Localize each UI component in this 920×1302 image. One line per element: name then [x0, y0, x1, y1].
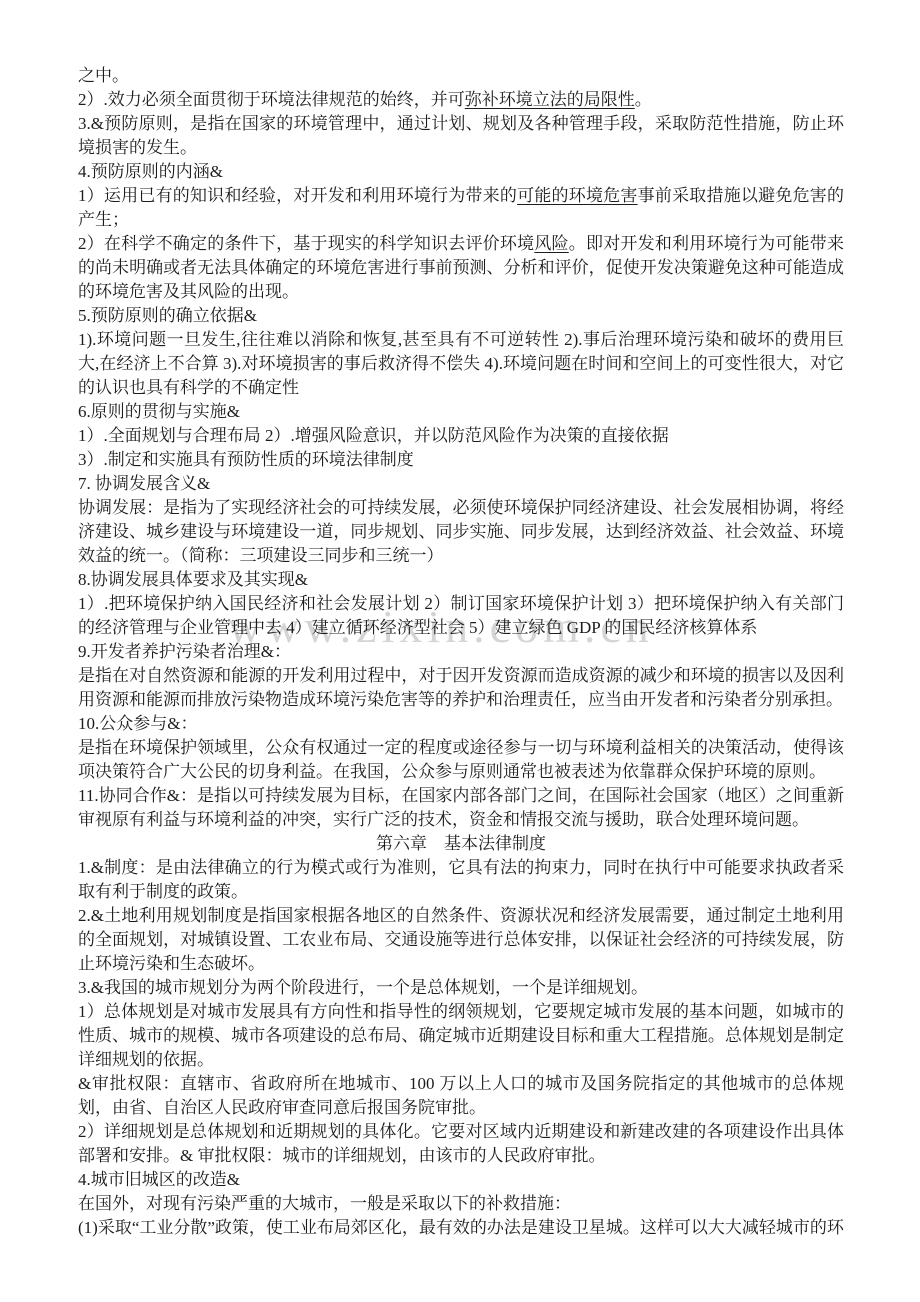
paragraph: 1）总体规划是对城市发展具有方向性和指导性的纲领规划，它要规定城市发展的基本问题…	[78, 1000, 844, 1072]
paragraph: 5.预防原则的确立依据&	[78, 304, 844, 328]
text-run: 3.&我国的城市规划分为两个阶段进行，一个是总体规划，一个是详细规划。	[78, 978, 648, 997]
underlined-text: 可能的环境危害	[517, 186, 638, 205]
text-run: 1）运用已有的知识和经验，对开发和利用环境行为带来的	[78, 186, 517, 205]
text-run: 1.&制度：是由法律确立的行为模式或行为准则，它具有法的拘束力，同时在执行中可能…	[78, 858, 844, 901]
paragraph: 11.协同合作&：是指以可持续发展为目标，在国家内部各部门之间，在国际社会国家（…	[78, 784, 844, 832]
paragraph: 4.城市旧城区的改造&	[78, 1168, 844, 1192]
text-run: 2.&土地利用规划制度是指国家根据各地区的自然条件、资源状况和经济发展需要，通过…	[78, 906, 844, 973]
paragraph: 3.&预防原则，是指在国家的环境管理中，通过计划、规划及各种管理手段，采取防范性…	[78, 112, 844, 160]
text-run: 11.协同合作&：是指以可持续发展为目标，在国家内部各部门之间，在国际社会国家（…	[78, 786, 844, 829]
text-run: 2）在科学不确定的条件下，基于现实的科学知识去评价环境	[78, 234, 534, 253]
text-run: &审批权限：直辖市、省政府所在地城市、100 万以上人口的城市及国务院指定的其他…	[78, 1074, 844, 1117]
text-run: 8.协调发展具体要求及其实现&	[78, 570, 308, 589]
chapter-heading: 第六章 基本法律制度	[78, 832, 844, 856]
paragraph: 1).环境问题一旦发生,往往难以消除和恢复,甚至具有不可逆转性 2).事后治理环…	[78, 328, 844, 400]
paragraph: 6.原则的贯彻与实施&	[78, 400, 844, 424]
paragraph: 1）.把环境保护纳入国民经济和社会发展计划 2）制订国家环境保护计划 3）把环境…	[78, 592, 844, 640]
text-run: 1).环境问题一旦发生,往往难以消除和恢复,甚至具有不可逆转性 2).事后治理环…	[78, 330, 844, 397]
text-run: 1）总体规划是对城市发展具有方向性和指导性的纲领规划，它要规定城市发展的基本问题…	[78, 1002, 844, 1069]
text-run: 4.城市旧城区的改造&	[78, 1170, 240, 1189]
text-run: 是指在对自然资源和能源的开发利用过程中，对于因开发资源而造成资源的减少和环境的损…	[78, 666, 844, 709]
text-run: 之中。	[78, 66, 129, 85]
paragraph: 2）在科学不确定的条件下，基于现实的科学知识去评价环境风险。即对开发和利用环境行…	[78, 232, 844, 304]
text-run: 1）.把环境保护纳入国民经济和社会发展计划 2）制订国家环境保护计划 3）把环境…	[78, 594, 844, 637]
text-run: 5.预防原则的确立依据&	[78, 306, 257, 325]
paragraph: 10.公众参与&：	[78, 712, 844, 736]
paragraph: 8.协调发展具体要求及其实现&	[78, 568, 844, 592]
paragraph: 1.&制度：是由法律确立的行为模式或行为准则，它具有法的拘束力，同时在执行中可能…	[78, 856, 844, 904]
paragraph: 1）.全面规划与合理布局 2）.增强风险意识，并以防范风险作为决策的直接依据	[78, 424, 844, 448]
text-run: 2）.效力必须全面贯彻于环境法律规范的始终，并可	[78, 90, 465, 109]
paragraph: 是指在环境保护领域里，公众有权通过一定的程度或途径参与一切与环境利益相关的决策活…	[78, 736, 844, 784]
text-run: 3）.制定和实施具有预防性质的环境法律制度	[78, 450, 414, 469]
text-run: 6.原则的贯彻与实施&	[78, 402, 240, 421]
paragraph: 1）运用已有的知识和经验，对开发和利用环境行为带来的可能的环境危害事前采取措施以…	[78, 184, 844, 232]
text-run: 7. 协调发展含义&	[78, 474, 210, 493]
text-run: 。	[635, 90, 652, 109]
underlined-text: 风险	[534, 234, 568, 253]
document-body[interactable]: 之中。2）.效力必须全面贯彻于环境法律规范的始终，并可弥补环境立法的局限性。3.…	[78, 64, 844, 1240]
paragraph: &审批权限：直辖市、省政府所在地城市、100 万以上人口的城市及国务院指定的其他…	[78, 1072, 844, 1120]
paragraph: 是指在对自然资源和能源的开发利用过程中，对于因开发资源而造成资源的减少和环境的损…	[78, 664, 844, 712]
paragraph: 协调发展：是指为了实现经济社会的可持续发展，必须使环境保护同经济建设、社会发展相…	[78, 496, 844, 568]
text-run: 是指在环境保护领域里，公众有权通过一定的程度或途径参与一切与环境利益相关的决策活…	[78, 738, 844, 781]
paragraph: 3.&我国的城市规划分为两个阶段进行，一个是总体规划，一个是详细规划。	[78, 976, 844, 1000]
text-run: 1）.全面规划与合理布局 2）.增强风险意识，并以防范风险作为决策的直接依据	[78, 426, 669, 445]
paragraph: 2）.效力必须全面贯彻于环境法律规范的始终，并可弥补环境立法的局限性。	[78, 88, 844, 112]
text-run: 3.&预防原则，是指在国家的环境管理中，通过计划、规划及各种管理手段，采取防范性…	[78, 114, 844, 157]
text-run: 协调发展：是指为了实现经济社会的可持续发展，必须使环境保护同经济建设、社会发展相…	[78, 498, 844, 565]
document-page: www.zixin.com.cn 之中。2）.效力必须全面贯彻于环境法律规范的始…	[0, 0, 920, 1302]
text-run: 10.公众参与&：	[78, 714, 197, 733]
paragraph: 在国外，对现有污染严重的大城市，一般是采取以下的补救措施：	[78, 1192, 844, 1216]
paragraph: 4.预防原则的内涵&	[78, 160, 844, 184]
paragraph: 7. 协调发展含义&	[78, 472, 844, 496]
underlined-text: 弥补环境立法的局限性	[465, 90, 635, 109]
text-run: 2）详细规划是总体规划和近期规划的具体化。它要对区域内近期建设和新建改建的各项建…	[78, 1122, 844, 1165]
paragraph: (1)采取“工业分散”政策，使工业布局郊区化，最有效的办法是建设卫星城。这样可以…	[78, 1216, 844, 1240]
paragraph: 2.&土地利用规划制度是指国家根据各地区的自然条件、资源状况和经济发展需要，通过…	[78, 904, 844, 976]
paragraph: 9.开发者养护污染者治理&：	[78, 640, 844, 664]
paragraph: 之中。	[78, 64, 844, 88]
text-run: 第六章 基本法律制度	[376, 834, 546, 853]
text-run: 在国外，对现有污染严重的大城市，一般是采取以下的补救措施：	[78, 1194, 571, 1213]
text-run: 4.预防原则的内涵&	[78, 162, 223, 181]
text-run: (1)采取“工业分散”政策，使工业布局郊区化，最有效的办法是建设卫星城。这样可以…	[78, 1218, 844, 1237]
paragraph: 3）.制定和实施具有预防性质的环境法律制度	[78, 448, 844, 472]
paragraph: 2）详细规划是总体规划和近期规划的具体化。它要对区域内近期建设和新建改建的各项建…	[78, 1120, 844, 1168]
text-run: 9.开发者养护污染者治理&：	[78, 642, 291, 661]
